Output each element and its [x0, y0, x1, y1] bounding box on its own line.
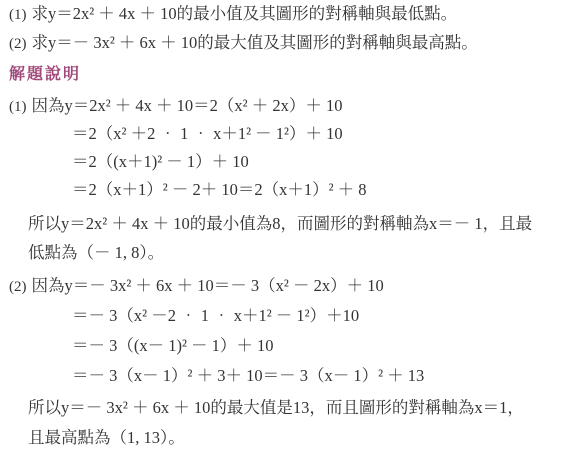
conclusion-line: 所以y＝2x² ＋ 4x ＋ 10的最小值為8，而圖形的對稱軸為x＝－ 1，且最 — [28, 214, 532, 234]
equation-step: ＝－ 3（x² －2 ‧ 1 ‧ x＋1² － 1²）＋10 — [72, 306, 359, 326]
problem-1-number: (1) — [9, 7, 27, 23]
conclusion-line: 低點為（－ 1, 8）。 — [28, 243, 164, 263]
problem-1-text: 求y＝2x² ＋ 4x ＋ 10的最小值及其圖形的對稱軸與最低點。 — [31, 4, 457, 23]
problem-2-text: 求y＝－ 3x² ＋ 6x ＋ 10的最大值及其圖形的對稱軸與最高點。 — [31, 33, 477, 52]
equation-step: ＝2（x² ＋2 ‧ 1 ‧ x＋1² － 1²）＋ 10 — [72, 124, 343, 144]
solution-2-number: (2) — [9, 279, 27, 295]
conclusion-line: 且最高點為（1, 13）。 — [28, 428, 185, 448]
equation-step: 因為y＝－ 3x² ＋ 6x ＋ 10＝－ 3（x² － 2x）＋ 10 — [31, 276, 383, 295]
problem-1: (1) 求y＝2x² ＋ 4x ＋ 10的最小值及其圖形的對稱軸與最低點。 — [9, 4, 457, 25]
solution-2-line-1: (2) 因為y＝－ 3x² ＋ 6x ＋ 10＝－ 3（x² － 2x）＋ 10 — [9, 276, 384, 297]
equation-step: ＝－ 3（x－ 1）² ＋ 3＋ 10＝－ 3（x－ 1）² ＋ 13 — [72, 366, 424, 386]
solution-heading: 解題說明 — [9, 64, 81, 84]
problem-2: (2) 求y＝－ 3x² ＋ 6x ＋ 10的最大值及其圖形的對稱軸與最高點。 — [9, 33, 478, 54]
solution-1-number: (1) — [9, 99, 27, 115]
equation-step: ＝－ 3（(x－ 1)² － 1）＋ 10 — [72, 336, 274, 356]
equation-step: ＝2（x＋1）² － 2＋ 10＝2（x＋1）² ＋ 8 — [72, 180, 367, 200]
problem-2-number: (2) — [9, 36, 27, 52]
equation-step: ＝2（(x＋1)² － 1）＋ 10 — [72, 152, 249, 172]
conclusion-line: 所以y＝－ 3x² ＋ 6x ＋ 10的最大值是13，而且圖形的對稱軸為x＝1， — [28, 398, 524, 418]
solution-1-line-1: (1) 因為y＝2x² ＋ 4x ＋ 10＝2（x² ＋ 2x）＋ 10 — [9, 96, 342, 117]
equation-step: 因為y＝2x² ＋ 4x ＋ 10＝2（x² ＋ 2x）＋ 10 — [31, 96, 342, 115]
